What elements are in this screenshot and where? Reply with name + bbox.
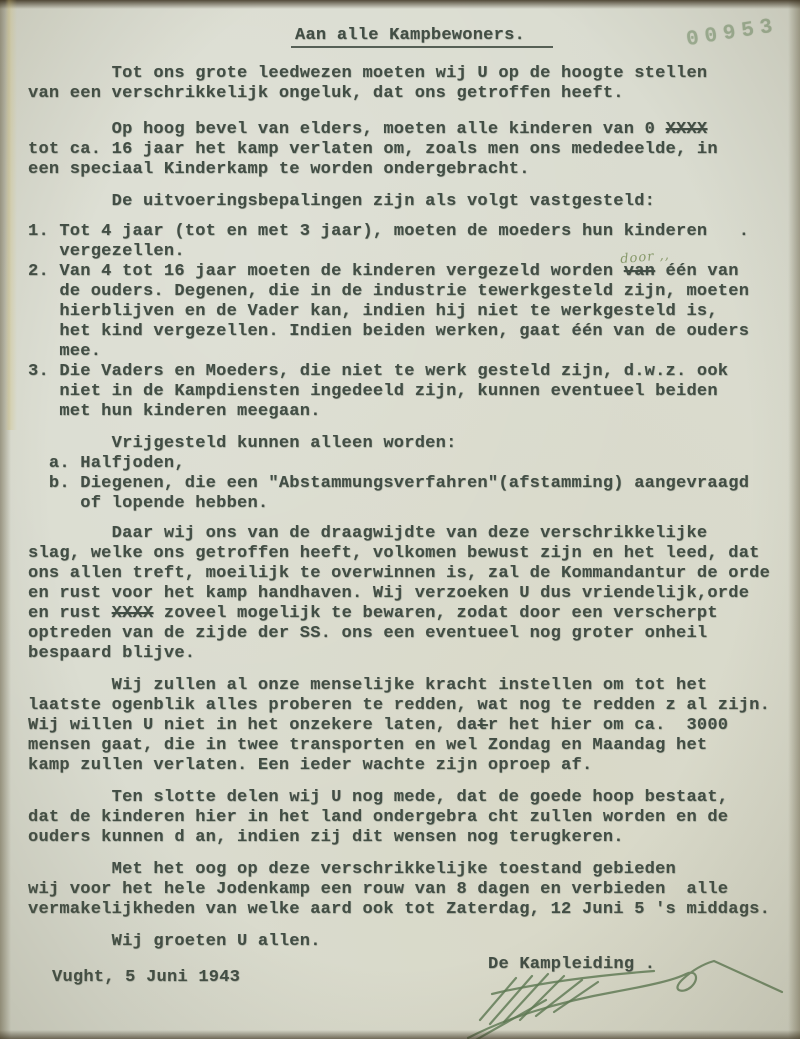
document-line: mee. — [28, 342, 788, 362]
document-line: bespaard blijve. — [28, 644, 788, 664]
document-line: Vrijgesteld kunnen alleen worden: — [28, 434, 788, 454]
document-line: hierblijven en de Vader kan, indien hij … — [28, 302, 788, 322]
document-body-wrap: Aan alle Kampbewoners. Tot ons grote lee… — [28, 24, 788, 952]
document-line: Wij zullen al onze menselijke kracht ins… — [28, 676, 788, 696]
document-line: en rust voor het kamp handhaven. Wij ver… — [28, 584, 788, 604]
document-line: Met het oog op deze verschrikkelijke toe… — [28, 860, 788, 880]
document-page: 00953 Aan alle Kampbewoners. Tot ons gro… — [0, 0, 800, 1039]
document-line: Daar wij ons van de draagwijdte van deze… — [28, 524, 788, 544]
document-line: Ten slotte delen wij U nog mede, dat de … — [28, 788, 788, 808]
document-body: Tot ons grote leedwezen moeten wij U op … — [28, 64, 788, 952]
document-line: vermakelijkheden van welke aard ook tot … — [28, 900, 788, 920]
document-line: 3. Die Vaders en Moeders, die niet te we… — [28, 362, 788, 382]
document-line: het kind vergezellen. Indien beiden werk… — [28, 322, 788, 342]
document-line: wij voor het hele Jodenkamp een rouw van… — [28, 880, 788, 900]
document-line: of lopende hebben. — [28, 494, 788, 514]
heading-row: Aan alle Kampbewoners. — [42, 24, 800, 48]
document-line: optreden van de zijde der SS. ons een ev… — [28, 624, 788, 644]
document-line: de ouders. Degenen, die in de industrie … — [28, 282, 788, 302]
document-line: ons allen treft, moeilijk te overwinnen … — [28, 564, 788, 584]
document-line: De uitvoeringsbepalingen zijn als volgt … — [28, 192, 788, 212]
document-line: dat de kinderen hier in het land onderge… — [28, 808, 788, 828]
document-line: Tot ons grote leedwezen moeten wij U op … — [28, 64, 788, 84]
document-line: a. Halfjoden, — [28, 454, 788, 474]
document-title: Aan alle Kampbewoners. — [291, 26, 553, 48]
document-line: niet in de Kampdiensten ingedeeld zijn, … — [28, 382, 788, 402]
document-footer: Vught, 5 Juni 1943 De Kampleiding . — [0, 942, 800, 1039]
document-line: slag, welke ons getroffen heeft, volkome… — [28, 544, 788, 564]
document-line: laatste ogenblik alles proberen te redde… — [28, 696, 788, 716]
document-line: Op hoog bevel van elders, moeten alle ki… — [28, 120, 788, 140]
document-line: van een verschrikkelijk ongeluk, dat ons… — [28, 84, 788, 104]
document-line: b. Diegenen, die een "Abstammungsverfahr… — [28, 474, 788, 494]
document-line: met hun kinderen meegaan. — [28, 402, 788, 422]
document-line: 1. Tot 4 jaar (tot en met 3 jaar), moete… — [28, 222, 788, 242]
document-line: en rust XXXX zoveel mogelijk te bewaren,… — [28, 604, 788, 624]
document-line: 2. Van 4 tot 16 jaar moeten de kinderen … — [28, 262, 788, 282]
document-line: vergezellen. — [28, 242, 788, 262]
document-line: ouders kunnen d an, indien zij dit wense… — [28, 828, 788, 848]
signature-scrawl — [462, 942, 797, 1039]
document-line: een speciaal Kinderkamp te worden onderg… — [28, 160, 788, 180]
document-line: tot ca. 16 jaar het kamp verlaten om, zo… — [28, 140, 788, 160]
handwritten-annotation: door ,, — [619, 246, 670, 264]
document-line: mensen gaat, die in twee transporten en … — [28, 736, 788, 756]
date-place: Vught, 5 Juni 1943 — [52, 968, 240, 987]
document-line: Wij willen U niet in het onzekere laten,… — [28, 716, 788, 736]
document-line: kamp zullen verlaten. Een ieder wachte z… — [28, 756, 788, 776]
